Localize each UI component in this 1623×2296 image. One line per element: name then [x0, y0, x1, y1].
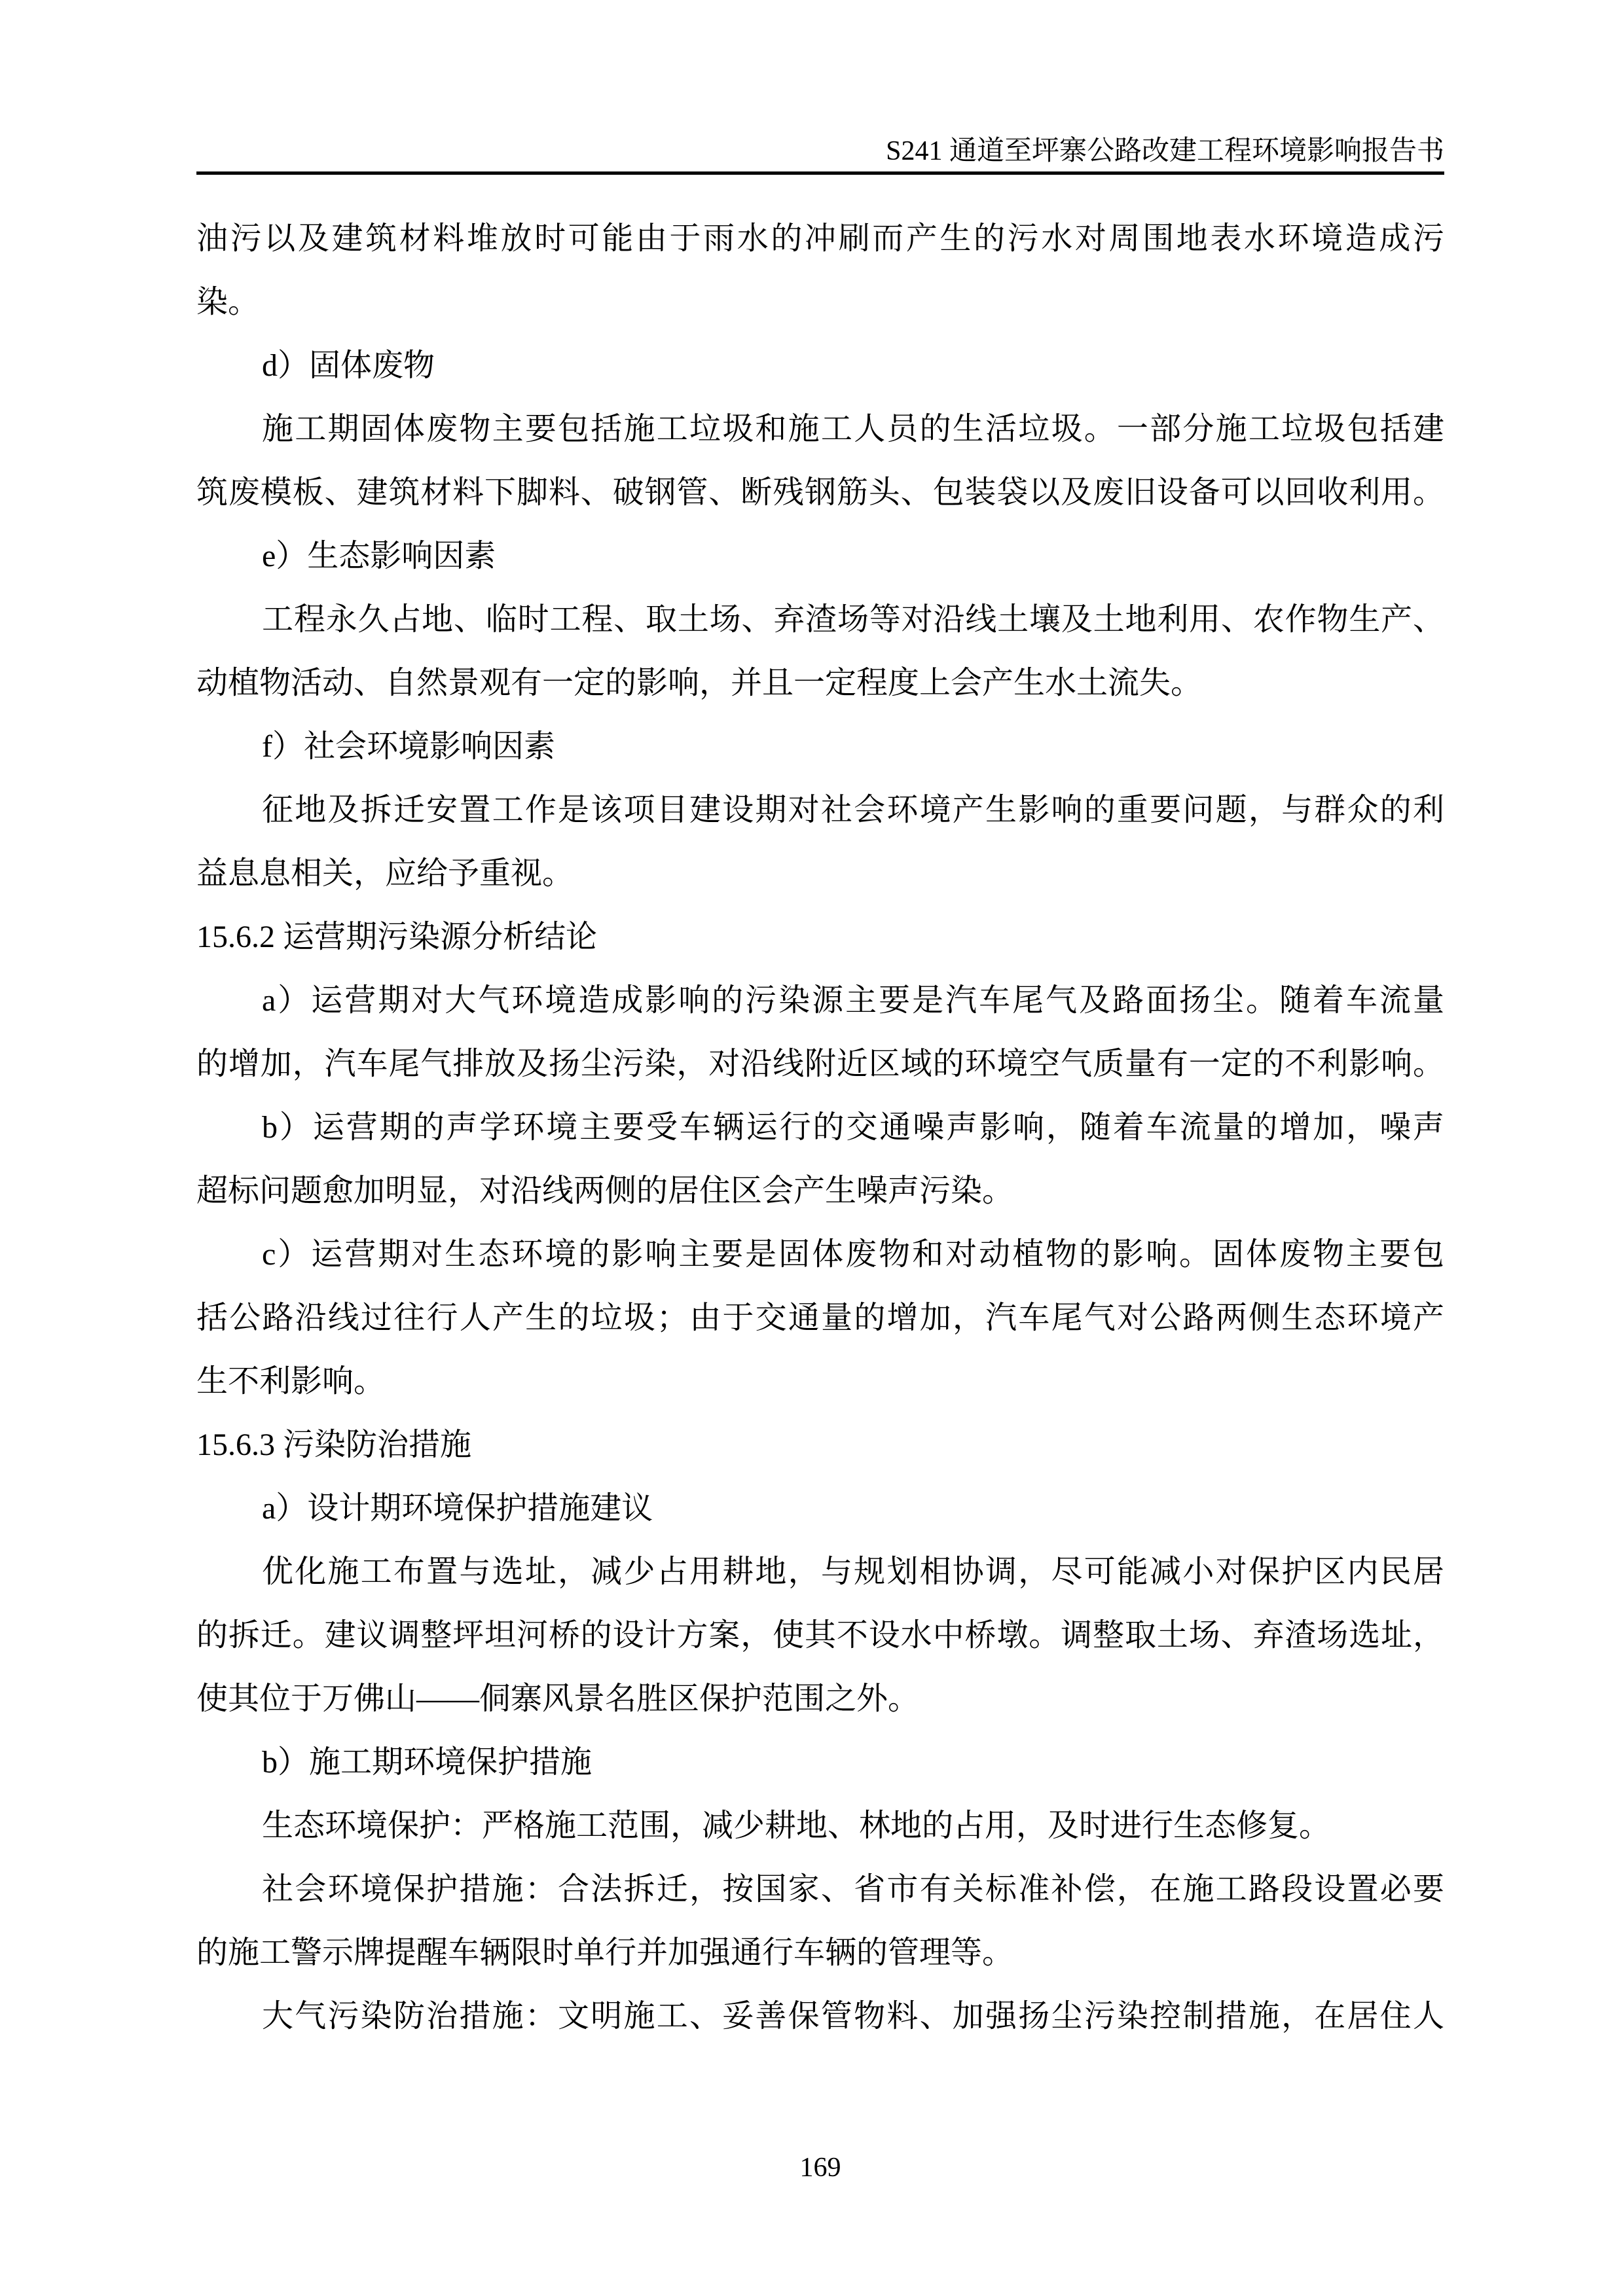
text-line: 超标问题愈加明显，对沿线两侧的居住区会产生噪声污染。 [196, 1159, 1444, 1223]
text-line: 动植物活动、自然景观有一定的影响，并且一定程度上会产生水土流失。 [196, 651, 1444, 715]
text-line: 括公路沿线过往行人产生的垃圾；由于交通量的增加，汽车尾气对公路两侧生态环境产 [196, 1286, 1444, 1350]
text-line: e）生态影响因素 [196, 524, 1444, 588]
text-line: 油污以及建筑材料堆放时可能由于雨水的冲刷而产生的污水对周围地表水环境造成污 [196, 207, 1444, 270]
page-header-title: S241 通道至坪寨公路改建工程环境影响报告书 [196, 135, 1444, 168]
text-line: 社会环境保护措施：合法拆迁，按国家、省市有关标准补偿，在施工路段设置必要 [196, 1857, 1444, 1921]
text-line: 征地及拆迁安置工作是该项目建设期对社会环境产生影响的重要问题，与群众的利 [196, 778, 1444, 842]
text-line: 优化施工布置与选址，减少占用耕地，与规划相协调，尽可能减小对保护区内民居 [196, 1540, 1444, 1604]
text-line: 的增加，汽车尾气排放及扬尘污染，对沿线附近区域的环境空气质量有一定的不利影响。 [196, 1032, 1444, 1096]
text-line: 的施工警示牌提醒车辆限时单行并加强通行车辆的管理等。 [196, 1921, 1444, 1984]
text-line: b）运营期的声学环境主要受车辆运行的交通噪声影响，随着车流量的增加，噪声 [196, 1096, 1444, 1159]
text-line: 染。 [196, 270, 1444, 334]
text-line: 施工期固体废物主要包括施工垃圾和施工人员的生活垃圾。一部分施工垃圾包括建 [196, 397, 1444, 461]
document-body: 油污以及建筑材料堆放时可能由于雨水的冲刷而产生的污水对周围地表水环境造成污染。d… [196, 207, 1444, 2048]
text-line: 使其位于万佛山——侗寨风景名胜区保护范围之外。 [196, 1667, 1444, 1731]
text-line: a）设计期环境保护措施建议 [196, 1477, 1444, 1540]
text-line: c）运营期对生态环境的影响主要是固体废物和对动植物的影响。固体废物主要包 [196, 1223, 1444, 1286]
text-line: 大气污染防治措施：文明施工、妥善保管物料、加强扬尘污染控制措施，在居住人 [196, 1984, 1444, 2048]
text-line: 筑废模板、建筑材料下脚料、破钢管、断残钢筋头、包装袋以及废旧设备可以回收利用。 [196, 461, 1444, 524]
text-line: f）社会环境影响因素 [196, 715, 1444, 778]
text-line: 生态环境保护：严格施工范围，减少耕地、林地的占用，及时进行生态修复。 [196, 1794, 1444, 1857]
header-rule [196, 171, 1444, 175]
text-line: a）运营期对大气环境造成影响的污染源主要是汽车尾气及路面扬尘。随着车流量 [196, 969, 1444, 1032]
section-heading: 15.6.3 污染防治措施 [196, 1413, 1444, 1477]
section-heading: 15.6.2 运营期污染源分析结论 [196, 905, 1444, 969]
text-line: 生不利影响。 [196, 1350, 1444, 1413]
text-line: b）施工期环境保护措施 [196, 1731, 1444, 1794]
text-line: 工程永久占地、临时工程、取土场、弃渣场等对沿线土壤及土地利用、农作物生产、 [196, 588, 1444, 651]
text-line: 益息息相关，应给予重视。 [196, 842, 1444, 905]
text-line: d）固体废物 [196, 334, 1444, 397]
document-page: S241 通道至坪寨公路改建工程环境影响报告书 油污以及建筑材料堆放时可能由于雨… [0, 0, 1623, 2296]
page-number: 169 [196, 2152, 1444, 2183]
text-line: 的拆迁。建议调整坪坦河桥的设计方案，使其不设水中桥墩。调整取土场、弃渣场选址， [196, 1604, 1444, 1667]
